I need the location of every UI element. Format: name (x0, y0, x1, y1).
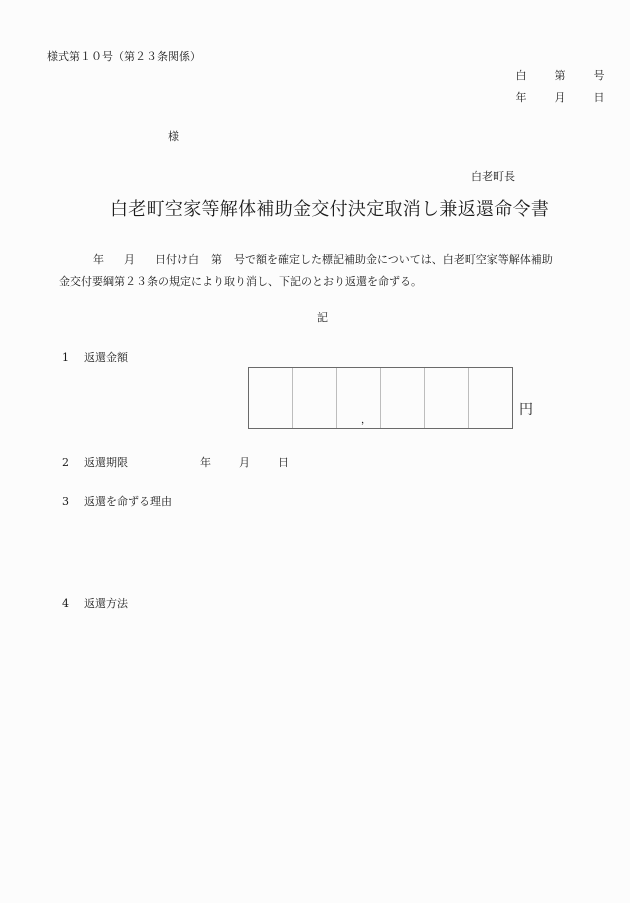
item-return-reason: 3返還を命ずる理由 (62, 495, 172, 509)
reference-number-block: 白 第 号 年 月 日 (514, 69, 606, 113)
amount-digit-cell[interactable] (293, 368, 337, 428)
yen-unit: 円 (519, 401, 533, 419)
body-paragraph: 年月日付け白第号で額を確定した標記補助金については、白老町空家等解体補助 金交付… (62, 249, 602, 293)
item-label: 返還方法 (84, 597, 128, 610)
deadline-day: 日 (278, 456, 317, 470)
item-label: 返還を命ずる理由 (84, 495, 172, 508)
item-return-method: 4返還方法 (62, 597, 128, 611)
document-title: 白老町空家等解体補助金交付決定取消し兼返還命令書 (110, 199, 549, 221)
deadline-month: 月 (239, 456, 278, 470)
amount-digit-cell[interactable] (381, 368, 425, 428)
amount-digit-cell[interactable] (469, 368, 512, 428)
amount-digit-cell[interactable] (249, 368, 293, 428)
thousands-separator: ， (361, 416, 371, 426)
issuer: 白老町長 (471, 170, 515, 184)
item-number: 3 (62, 495, 84, 509)
amount-box[interactable]: ， (248, 367, 513, 429)
item-label: 返還金額 (84, 351, 128, 364)
item-label: 返還期限 (84, 456, 128, 469)
item-return-amount: 1返還金額 (62, 351, 128, 365)
body-text-rest: 号で額を確定した標記補助金については、白老町空家等解体補助 (234, 253, 553, 266)
deadline-date: 年月日 (200, 456, 317, 470)
body-dated: 日付け白 (155, 253, 199, 266)
item-number: 2 (62, 456, 84, 470)
item-number: 1 (62, 351, 84, 365)
reference-number-row: 白 第 号 (514, 69, 606, 91)
body-dai: 第 (211, 253, 222, 266)
addressee: 様 (168, 130, 179, 144)
ref-dai: 第 (553, 69, 567, 91)
body-line-2: 金交付要綱第２３条の規定により取り消し、下記のとおり返還を命ずる。 (59, 271, 602, 293)
ref-go: 号 (592, 69, 606, 91)
body-year: 年 (93, 253, 104, 266)
amount-digit-cell[interactable]: ， (337, 368, 381, 428)
ref-year: 年 (514, 91, 528, 113)
deadline-year: 年 (200, 456, 239, 470)
body-month: 月 (124, 253, 135, 266)
reference-date-row: 年 月 日 (514, 91, 606, 113)
item-number: 4 (62, 597, 84, 611)
ki-heading: 記 (317, 311, 328, 325)
form-number: 様式第１０号（第２３条関係） (47, 50, 201, 64)
ref-prefix: 白 (514, 69, 528, 91)
body-line-1: 年月日付け白第号で額を確定した標記補助金については、白老町空家等解体補助 (62, 249, 602, 271)
item-return-deadline: 2返還期限 (62, 456, 128, 470)
ref-day: 日 (592, 91, 606, 113)
ref-month: 月 (553, 91, 567, 113)
amount-digit-cell[interactable] (425, 368, 469, 428)
